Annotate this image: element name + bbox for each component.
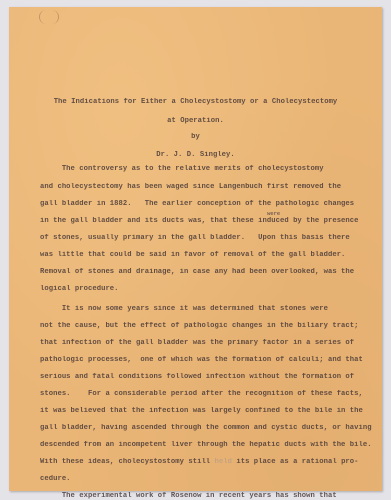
byline-by: by	[9, 133, 382, 142]
body-line-5: of stones, usually primary in the gall b…	[40, 234, 350, 243]
body-line-3: gall bladder in 1882. The earlier concep…	[40, 200, 354, 209]
body-line-13: serious and fatal conditions followed in…	[40, 373, 354, 382]
body-line-6: was little that could be said in favor o…	[40, 251, 345, 260]
body-line-9: It is now some years since it was determ…	[40, 305, 328, 314]
body-line-18-end: its place as a rational pro-	[232, 458, 359, 466]
body-line-20: The experimental work of Rosenow in rece…	[40, 492, 337, 500]
body-line-1: The controversy as to the relative merit…	[40, 165, 324, 174]
body-line-18: With these ideas, cholecystostomy still …	[40, 458, 359, 467]
document-title-continued: at Operation.	[9, 117, 382, 126]
interlinear-insert: were	[267, 210, 280, 217]
body-line-10: not the cause, but the effect of patholo…	[40, 322, 359, 331]
body-line-8: logical procedure.	[40, 285, 119, 294]
body-line-15: it was believed that the infection was l…	[40, 407, 363, 416]
handwritten-mark	[39, 10, 59, 24]
body-line-14: stones. For a considerable period after …	[40, 390, 363, 399]
faded-word: held	[215, 458, 232, 466]
body-line-19: cedure.	[40, 475, 71, 484]
body-line-12: pathologic processes, one of which was t…	[40, 356, 363, 365]
body-line-16: gall bladder, having ascended through th…	[40, 424, 372, 433]
document-page: The Indications for Either a Cholecystos…	[9, 7, 382, 491]
body-line-4: in the gall bladder and its ducts was, t…	[40, 217, 359, 226]
body-line-11: that infection of the gall bladder was t…	[40, 339, 354, 348]
body-line-17: descended from an incompetent liver thro…	[40, 441, 372, 450]
document-title: The Indications for Either a Cholecystos…	[9, 98, 382, 107]
author-name: Dr. J. D. Singley.	[9, 151, 382, 160]
body-line-2: and cholecystectomy has been waged since…	[40, 183, 341, 192]
body-line-7: Removal of stones and drainage, in case …	[40, 268, 354, 277]
body-line-18-start: With these ideas, cholecystostomy still	[40, 458, 215, 466]
